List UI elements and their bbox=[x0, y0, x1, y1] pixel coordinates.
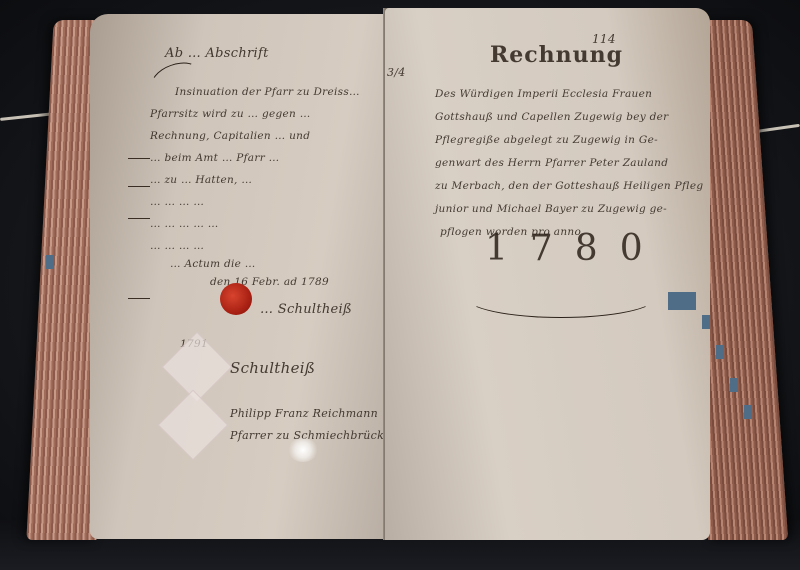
right-line: Pflegregiße abgelegt zu Zugewig in Ge- bbox=[435, 134, 658, 146]
left-line: … zu … Hatten, … bbox=[150, 174, 252, 186]
flourish-underline bbox=[465, 276, 657, 318]
glass-light-reflection bbox=[288, 438, 318, 462]
left-line: Insinuation der Pfarr zu Dreiss… bbox=[175, 86, 360, 98]
left-page-heading: Ab … Abschrift bbox=[165, 46, 269, 61]
margin-note: 3/4 bbox=[387, 66, 406, 79]
left-line: … Actum die … bbox=[170, 258, 256, 270]
right-line: zu Merbach, den der Gotteshauß Heiligen … bbox=[435, 180, 703, 192]
right-line: genwart des Herrn Pfarrer Peter Zauland bbox=[435, 157, 668, 169]
right-line: Des Würdigen Imperii Ecclesia Frauen bbox=[435, 88, 652, 100]
left-line: Rechnung, Capitalien … und bbox=[150, 130, 310, 142]
index-tab bbox=[46, 255, 54, 269]
left-page: Ab … Abschrift Insinuation der Pfarr zu … bbox=[90, 14, 390, 539]
margin-dash bbox=[128, 298, 150, 299]
right-page: 114 3/4 Rechnung Des Würdigen Imperii Ec… bbox=[385, 8, 710, 540]
index-tab bbox=[668, 292, 696, 310]
left-signature-2: Schultheiß bbox=[230, 359, 315, 377]
index-tab bbox=[716, 345, 724, 359]
page-title: Rechnung bbox=[490, 42, 623, 68]
left-signature-3-line1: Philipp Franz Reichmann bbox=[230, 407, 378, 420]
margin-dash bbox=[128, 158, 150, 159]
index-tab bbox=[744, 405, 752, 419]
right-line: junior und Michael Bayer zu Zugewig ge- bbox=[435, 203, 667, 215]
index-tab bbox=[730, 378, 738, 392]
left-line: … beim Amt … Pfarr … bbox=[150, 152, 279, 164]
red-wax-seal bbox=[220, 283, 252, 315]
right-line: Gottshauß und Capellen Zugewig bey der bbox=[435, 111, 668, 123]
left-line: Pfarrsitz wird zu … gegen … bbox=[150, 108, 311, 120]
index-tab bbox=[702, 315, 710, 329]
margin-dash bbox=[128, 218, 150, 219]
left-line: … … … … bbox=[150, 196, 204, 208]
left-line: … … … … … bbox=[150, 218, 219, 230]
year-heading: 1780 bbox=[485, 228, 665, 269]
left-signature-1: … Schultheiß bbox=[260, 302, 352, 317]
margin-dash bbox=[128, 186, 150, 187]
left-line: … … … … bbox=[150, 240, 204, 252]
